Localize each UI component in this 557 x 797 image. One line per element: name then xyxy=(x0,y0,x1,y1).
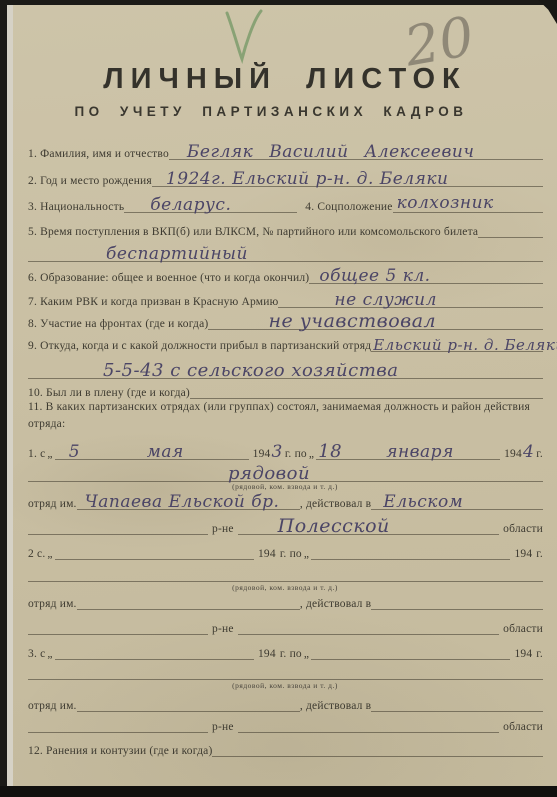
field-surname-label: 1. Фамилия, имя и отчество xyxy=(28,148,169,160)
year-printed: 194 xyxy=(504,448,522,460)
field-nationality-row: 3. Национальность беларус. 4. Соцположен… xyxy=(28,193,543,213)
field-social-value: колхозник xyxy=(397,195,494,212)
entry1-day-from: 5 xyxy=(69,444,80,461)
field-captivity-row: 10. Был ли в плену (где и когда) xyxy=(28,379,543,399)
entry3-region-row: р-не области xyxy=(28,713,543,733)
entry1-year-to-hw: 4 xyxy=(523,444,534,461)
entry1-acted-line: Ельском xyxy=(371,489,543,510)
entry2-unit-row: отряд им. , действовал в xyxy=(28,590,543,610)
field-fronts-value: не учавствовал xyxy=(268,312,436,331)
entry1-region-row: р-не Полесской области xyxy=(28,515,543,535)
field-fronts-line: не учавствовал xyxy=(208,309,543,330)
field-party-value: беспартийный xyxy=(106,246,248,263)
scanned-document: ЛИЧНЫЙ ЛИСТОК 20 ПО УЧЕТУ ПАРТИЗАНСКИХ К… xyxy=(0,0,557,797)
field-birth-row: 2. Год и место рождения 1924г. Ельский р… xyxy=(28,167,543,187)
entry1-day-to-line: 18 xyxy=(316,439,358,460)
year-printed: 194 xyxy=(253,448,271,460)
entry3-unit-row: отряд им. , действовал в xyxy=(28,692,543,712)
form-subtitle: ПО УЧЕТУ ПАРТИЗАНСКИХ КАДРОВ xyxy=(0,104,543,119)
entry3-region-line xyxy=(238,712,500,733)
entry2-from-line xyxy=(55,539,254,560)
field-origin-value: Ельский р-н. д. Беляки xyxy=(373,338,557,353)
acted-label: , действовал в xyxy=(300,700,371,712)
field-nationality-line: беларус. xyxy=(124,192,297,213)
entry1-unit-line: Чапаева Ельской бр. xyxy=(77,489,300,510)
field-rvk-value: не служил xyxy=(334,292,436,309)
unit-label: отряд им. xyxy=(28,700,77,712)
unit-label: отряд им. xyxy=(28,598,77,610)
entry2-acted-line xyxy=(371,589,543,610)
year-printed: 194 xyxy=(258,548,276,560)
field-party-line2: беспартийный xyxy=(28,241,543,262)
entry2-region-line xyxy=(238,614,500,635)
quote-mark: „ xyxy=(304,548,309,560)
field-party-row: 5. Время поступления в ВКП(б) или ВЛКСМ,… xyxy=(28,218,543,238)
scan-edge-bottom xyxy=(0,786,557,797)
field-surname-value: Бегляк Василий Алексеевич xyxy=(187,144,474,161)
scan-edge-top xyxy=(0,0,557,5)
scan-edge-left xyxy=(0,0,7,797)
entry3-from-line xyxy=(55,639,254,660)
field-units-label-line1: 11. В каких партизанских отрядах (или гр… xyxy=(28,401,530,413)
entry1-month-from: мая xyxy=(147,444,184,461)
to-printed: г. по xyxy=(280,548,302,560)
field-birth-line: 1924г. Ельский р-н. д. Беляки xyxy=(152,166,543,187)
field-origin-label: 9. Откуда, когда и с какой должности при… xyxy=(28,340,371,352)
field-birth-value: 1924г. Ельский р-н. д. Беляки xyxy=(166,171,449,188)
field-rvk-row: 7. Каким РВК и когда призван в Красную А… xyxy=(28,288,543,308)
entry3-rank-line xyxy=(28,659,543,680)
field-origin-row2: 5-5-43 с сельского хозяйства xyxy=(28,359,543,379)
entry1-day-from-line: 5 xyxy=(55,439,107,460)
entry2-region-prefix-line xyxy=(28,614,208,635)
form-title: ЛИЧНЫЙ ЛИСТОК xyxy=(13,63,557,96)
rne-label: р-не xyxy=(212,721,234,733)
field-origin-row: 9. Откуда, когда и с какой должности при… xyxy=(28,332,543,352)
entry3-rank-row xyxy=(28,660,543,680)
entry1-day-to: 18 xyxy=(318,443,342,461)
year-printed: 194 xyxy=(514,548,532,560)
oblast-label: области xyxy=(503,721,543,733)
entry1-unit-row: отряд им. Чапаева Ельской бр. , действов… xyxy=(28,490,543,510)
entry1-unit-value: Чапаева Ельской бр. xyxy=(85,494,280,511)
quote-mark: „ xyxy=(309,448,314,460)
field-party-row2: беспартийный xyxy=(28,242,543,262)
field-education-line: общее 5 кл. xyxy=(309,263,543,284)
field-party-label: 5. Время поступления в ВКП(б) или ВЛКСМ,… xyxy=(28,226,478,238)
oblast-label: области xyxy=(503,623,543,635)
entry3-to-line xyxy=(311,639,510,660)
checkmark-icon xyxy=(221,7,265,70)
entry1-month-to-line: января xyxy=(358,439,500,460)
entry1-rank: рядовой xyxy=(228,465,310,483)
field-social-line: колхозник xyxy=(393,192,543,213)
year-suffix-printed: г. xyxy=(536,548,543,560)
quote-mark: „ xyxy=(47,448,52,460)
field-nationality-label: 3. Национальность xyxy=(28,201,124,213)
field-education-label: 6. Образование: общее и военное (что и к… xyxy=(28,272,309,284)
entry2-region-row: р-не области xyxy=(28,615,543,635)
field-education-value: общее 5 кл. xyxy=(319,268,430,285)
unit-label: отряд им. xyxy=(28,498,77,510)
entry1-rank-line: рядовой xyxy=(28,461,543,482)
field-surname-line: Бегляк Василий Алексеевич xyxy=(169,139,543,160)
field-surname-row: 1. Фамилия, имя и отчество Бегляк Васили… xyxy=(28,140,543,160)
field-education-row: 6. Образование: общее и военное (что и к… xyxy=(28,264,543,284)
entry1-region-line: Полесской xyxy=(238,514,500,535)
entry1-month-from-line: мая xyxy=(107,439,249,460)
entry1-date-row: 1. с „ 5 мая 194 3 г. по „ 18 января 194… xyxy=(28,440,543,460)
entry3-acted-line xyxy=(371,691,543,712)
entry3-region-prefix-line xyxy=(28,712,208,733)
acted-label: , действовал в xyxy=(300,598,371,610)
field-captivity-line xyxy=(190,378,543,399)
entry2-to-line xyxy=(311,539,510,560)
field-party-line xyxy=(478,217,543,238)
entry1-rank-row: рядовой xyxy=(28,462,543,482)
quote-mark: „ xyxy=(47,548,52,560)
entry2-rank-line xyxy=(28,561,543,582)
year-suffix-printed: г. xyxy=(536,448,543,460)
entry1-no: 1. с xyxy=(28,448,45,460)
entry2-unit-line xyxy=(77,589,300,610)
field-wounds-line xyxy=(212,736,543,757)
page-number-pencil: 20 xyxy=(401,9,478,74)
acted-label: , действовал в xyxy=(300,498,371,510)
entry1-region-prefix-line xyxy=(28,514,208,535)
field-origin-line: Ельский р-н. д. Беляки xyxy=(371,331,543,352)
entry2-no: 2 с. xyxy=(28,548,45,560)
entry3-rank-caption: (рядовой, ком. взвода и т. д.) xyxy=(13,681,557,690)
field-wounds-label: 12. Ранения и контузии (где и когда) xyxy=(28,745,212,757)
field-units-label-line2: отряда: xyxy=(28,418,65,430)
entry1-acted-value: Ельском xyxy=(383,494,463,511)
field-origin-line2: 5-5-43 с сельского хозяйства xyxy=(28,358,543,379)
form-paper: ЛИЧНЫЙ ЛИСТОК 20 ПО УЧЕТУ ПАРТИЗАНСКИХ К… xyxy=(13,5,557,786)
entry1-year-from-hw: 3 xyxy=(271,444,282,461)
field-nationality-value: беларус. xyxy=(150,197,231,214)
entry1-region-value: Полесской xyxy=(278,517,390,536)
entry1-month-to: января xyxy=(386,444,454,461)
rne-label: р-не xyxy=(212,523,234,535)
oblast-label: области xyxy=(503,523,543,535)
field-birth-label: 2. Год и место рождения xyxy=(28,175,152,187)
rne-label: р-не xyxy=(212,623,234,635)
field-captivity-label: 10. Был ли в плену (где и когда) xyxy=(28,387,190,399)
field-rvk-label: 7. Каким РВК и когда призван в Красную А… xyxy=(28,296,278,308)
field-rvk-line: не служил xyxy=(278,287,543,308)
field-fronts-row: 8. Участие на фронтах (где и когда) не у… xyxy=(28,310,543,330)
field-fronts-label: 8. Участие на фронтах (где и когда) xyxy=(28,318,208,330)
field-social-label: 4. Соцположение xyxy=(305,201,392,213)
entry2-rank-row xyxy=(28,562,543,582)
to-printed: г. по xyxy=(285,448,307,460)
entry3-unit-line xyxy=(77,691,300,712)
entry3-date-row: 3. с „ 194 г. по „ 194 г. xyxy=(28,640,543,660)
field-wounds-row: 12. Ранения и контузии (где и когда) xyxy=(28,737,543,757)
entry2-date-row: 2 с. „ 194 г. по „ 194 г. xyxy=(28,540,543,560)
